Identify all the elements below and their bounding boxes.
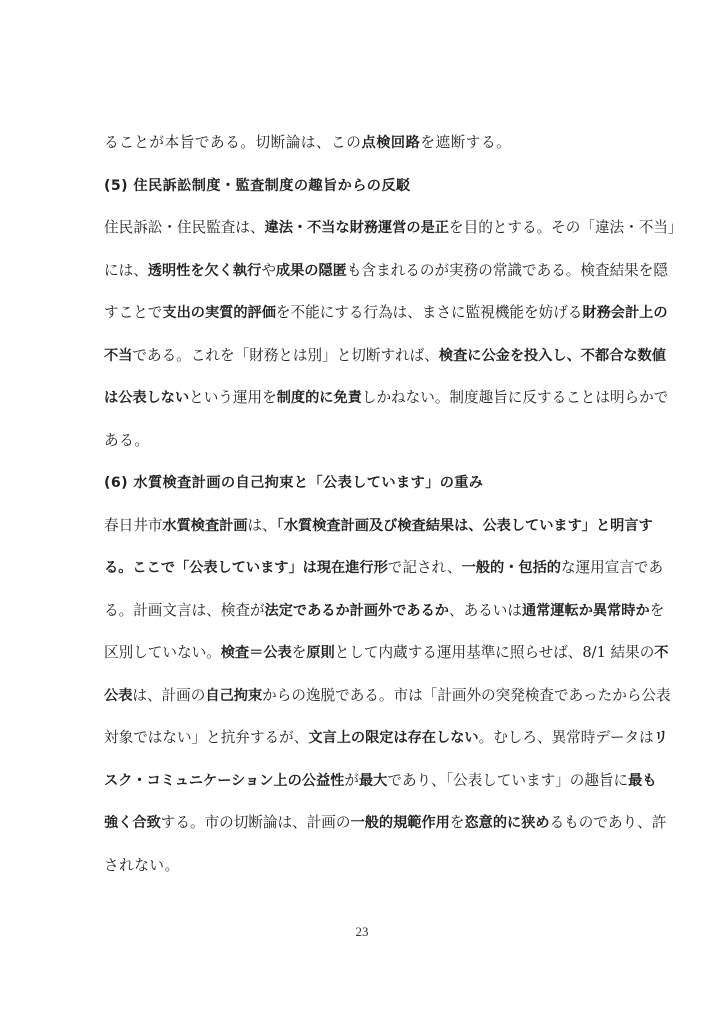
text-run: であり、「公表しています」の趣旨に: [387, 772, 628, 789]
emphasized-text: 恣意的に狭め: [464, 815, 549, 831]
text-run: には、: [104, 262, 148, 279]
paragraph-line: されない。: [104, 856, 180, 876]
emphasized-text: 不当: [104, 348, 132, 364]
emphasized-text: 「水質検査計画及び検査結果は、公表しています」と明言す: [277, 518, 653, 534]
emphasized-text: 制度的に免責: [277, 390, 362, 406]
emphasized-text: 不: [654, 645, 668, 661]
text-run: である。これを「財務とは別」と切断すれば、: [132, 347, 438, 364]
paragraph-line: 区別していない。検査＝公表を原則として内蔵する運用基準に照らせば、8/1 結果の…: [104, 643, 624, 663]
text-run: されない。: [104, 857, 180, 874]
paragraph-line: る。ここで「公表しています」は現在進行形で記され、一般的・包括的な運用宣言であ: [104, 558, 624, 578]
emphasized-text: 点検回路: [361, 135, 420, 151]
text-run: 住民訴訟・住民監査は、: [104, 219, 265, 236]
text-run: 。むしろ、異常時データは: [479, 729, 654, 746]
text-run: (5) 住民訴訟制度・監査制度の趣旨からの反駁: [104, 178, 411, 194]
emphasized-text: 水質検査計画: [162, 518, 247, 534]
text-run: (6) 水質検査計画の自己拘束と「公表しています」の重み: [104, 475, 483, 491]
text-run: は、計画の: [132, 687, 205, 704]
emphasized-text: リ: [654, 730, 668, 746]
emphasized-text: 一般的規範作用: [351, 815, 450, 831]
text-run: 、あるいは: [449, 602, 522, 619]
emphasized-text: 検査＝公表: [221, 645, 292, 661]
paragraph-line: 公表は、計画の自己拘束からの逸脱である。市は「計画外の突発検査であったから公表: [104, 686, 624, 706]
emphasized-text: る。ここで「公表しています」は現在進行形: [104, 560, 388, 576]
emphasized-text: 財務会計上の: [582, 305, 667, 321]
section-heading: (6) 水質検査計画の自己拘束と「公表しています」の重み: [104, 473, 483, 493]
paragraph-line: 住民訴訟・住民監査は、違法・不当な財務運営の是正を目的とする。その「違法・不当」: [104, 218, 624, 238]
paragraph-line: 対象ではない」と抗弁するが、文言上の限定は存在しない。むしろ、異常時データはリ: [104, 728, 624, 748]
paragraph-line: 春日井市水質検査計画は、「水質検査計画及び検査結果は、公表しています」と明言す: [104, 516, 624, 536]
text-run: は、: [248, 517, 277, 534]
emphasized-text: 強く合致: [104, 815, 161, 831]
paragraph-line: ることが本旨である。切断論は、この点検回路を遮断する。: [104, 133, 511, 153]
text-run: を: [650, 602, 665, 619]
text-run: 区別していない。: [104, 644, 221, 661]
text-run: として内蔵する運用基準に照らせば、8/1 結果の: [335, 644, 655, 661]
text-run: 対象ではない」と抗弁するが、: [104, 729, 308, 746]
emphasized-text: 支出の実質的評価: [162, 305, 276, 321]
text-run: を目的とする。その「違法・不当」: [449, 219, 683, 236]
text-run: や: [261, 262, 276, 279]
text-run: る。計画文言は、検査が: [104, 602, 265, 619]
emphasized-text: 公表: [104, 688, 132, 704]
page-number: 23: [0, 924, 724, 940]
emphasized-text: スク・コミュニケーション上の公益性: [104, 773, 344, 789]
text-run: な運用宣言であ: [561, 559, 663, 576]
paragraph-line: は公表しないという運用を制度的に免責しかねない。制度趣旨に反することは明らかで: [104, 388, 624, 408]
paragraph-line: スク・コミュニケーション上の公益性が最大であり、「公表しています」の趣旨に最も: [104, 771, 624, 791]
emphasized-text: 通常運転か異常時か: [522, 603, 650, 619]
paragraph-line: には、透明性を欠く執行や成果の隠匿も含まれるのが実務の常識である。検査結果を隠: [104, 261, 624, 281]
emphasized-text: 原則: [306, 645, 334, 661]
text-run: からの逸脱である。市は「計画外の突発検査であったから公表: [262, 687, 670, 704]
text-run: ある。: [104, 432, 149, 449]
text-run: を遮断する。: [420, 134, 511, 151]
emphasized-text: は公表しない: [104, 390, 189, 406]
text-run: を: [292, 644, 307, 661]
text-run: を: [450, 814, 465, 831]
text-run: 春日井市: [104, 517, 162, 534]
text-run: する。市の切断論は、計画の: [161, 814, 351, 831]
text-run: という運用を: [189, 389, 277, 406]
emphasized-text: 文言上の限定は存在しない: [308, 730, 478, 746]
text-run: が: [344, 772, 359, 789]
paragraph-line: ある。: [104, 431, 149, 451]
emphasized-text: 成果の隠匿: [276, 263, 347, 279]
text-run: も含まれるのが実務の常識である。検査結果を隠: [347, 262, 668, 279]
text-run: すことで: [104, 304, 162, 321]
emphasized-text: 最大: [359, 773, 387, 789]
emphasized-text: 自己拘束: [205, 688, 262, 704]
emphasized-text: 最も: [628, 773, 656, 789]
paragraph-line: すことで支出の実質的評価を不能にする行為は、まさに監視機能を妨げる財務会計上の: [104, 303, 624, 323]
text-run: で記され、: [388, 559, 462, 576]
emphasized-text: 透明性を欠く執行: [148, 263, 262, 279]
section-heading: (5) 住民訴訟制度・監査制度の趣旨からの反駁: [104, 176, 411, 196]
emphasized-text: 違法・不当な財務運営の是正: [265, 220, 449, 236]
text-run: るものであり、許: [550, 814, 667, 831]
paragraph-line: る。計画文言は、検査が法定であるか計画外であるか、あるいは通常運転か異常時かを: [104, 601, 624, 621]
paragraph-line: 不当である。これを「財務とは別」と切断すれば、検査に公金を投入し、不都合な数値: [104, 346, 624, 366]
text-run: しかねない。制度趣旨に反することは明らかで: [362, 389, 668, 406]
paragraph-line: 強く合致する。市の切断論は、計画の一般的規範作用を恣意的に狭めるものであり、許: [104, 813, 624, 833]
emphasized-text: 検査に公金を投入し、不都合な数値: [439, 348, 666, 364]
text-run: を不能にする行為は、まさに監視機能を妨げる: [276, 304, 582, 321]
text-run: ることが本旨である。切断論は、この: [104, 134, 361, 151]
emphasized-text: 一般的・包括的: [462, 560, 561, 576]
emphasized-text: 法定であるか計画外であるか: [265, 603, 449, 619]
